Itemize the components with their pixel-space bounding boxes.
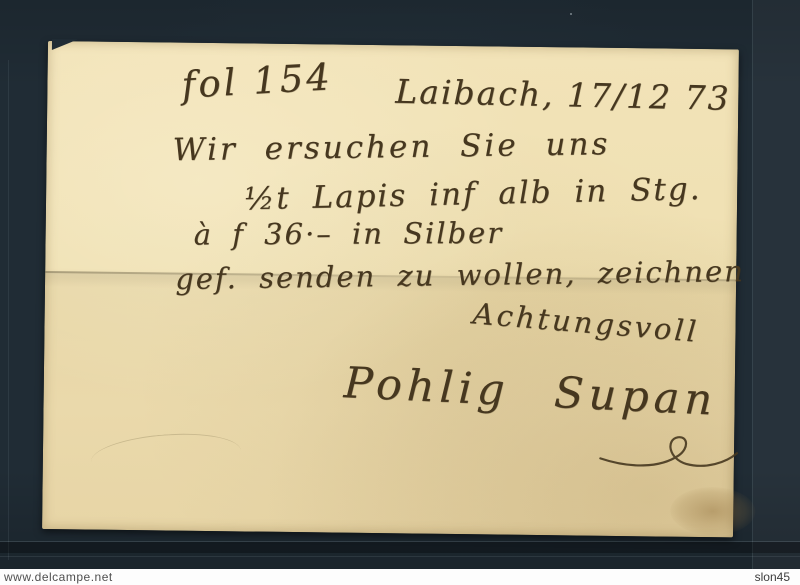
backdrop-panel-edge-right [752, 0, 753, 570]
backdrop-panel-right [753, 0, 800, 570]
handwriting-body-line-1: Wir ersuchen Sie uns [172, 126, 610, 168]
watermark-strip: www.delcampe.net slon45 [0, 569, 800, 585]
handwriting-place-date: Laibach, 17/12 73 [395, 72, 731, 118]
watermark-seller-id: slon45 [755, 569, 790, 585]
handwriting-signature: Pohlig Supan [343, 358, 718, 426]
postal-card: fol 154 Laibach, 17/12 73 Wir ersuchen S… [42, 41, 739, 537]
handwriting-body-line-3: à f 36·– in Silber [194, 216, 504, 252]
card-scuff-mark [90, 429, 243, 483]
backdrop-groove-highlight-bottom [0, 556, 800, 557]
photo-stage: fol 154 Laibach, 17/12 73 Wir ersuchen S… [0, 0, 800, 585]
handwriting-body-line-2: ½t Lapis inf alb in Stg. [244, 171, 702, 217]
backdrop-groove-dark-band [0, 542, 800, 553]
signature-flourish-icon [590, 420, 743, 480]
card-corner-nick [52, 39, 78, 50]
card-stain-bottom-right [670, 487, 756, 536]
backdrop-panel-edge-left [8, 60, 9, 560]
handwriting-closing: Achtungsvoll [472, 296, 701, 348]
watermark-delcampe: www.delcampe.net [4, 569, 113, 585]
handwriting-folio-number: fol 154 [180, 55, 333, 107]
